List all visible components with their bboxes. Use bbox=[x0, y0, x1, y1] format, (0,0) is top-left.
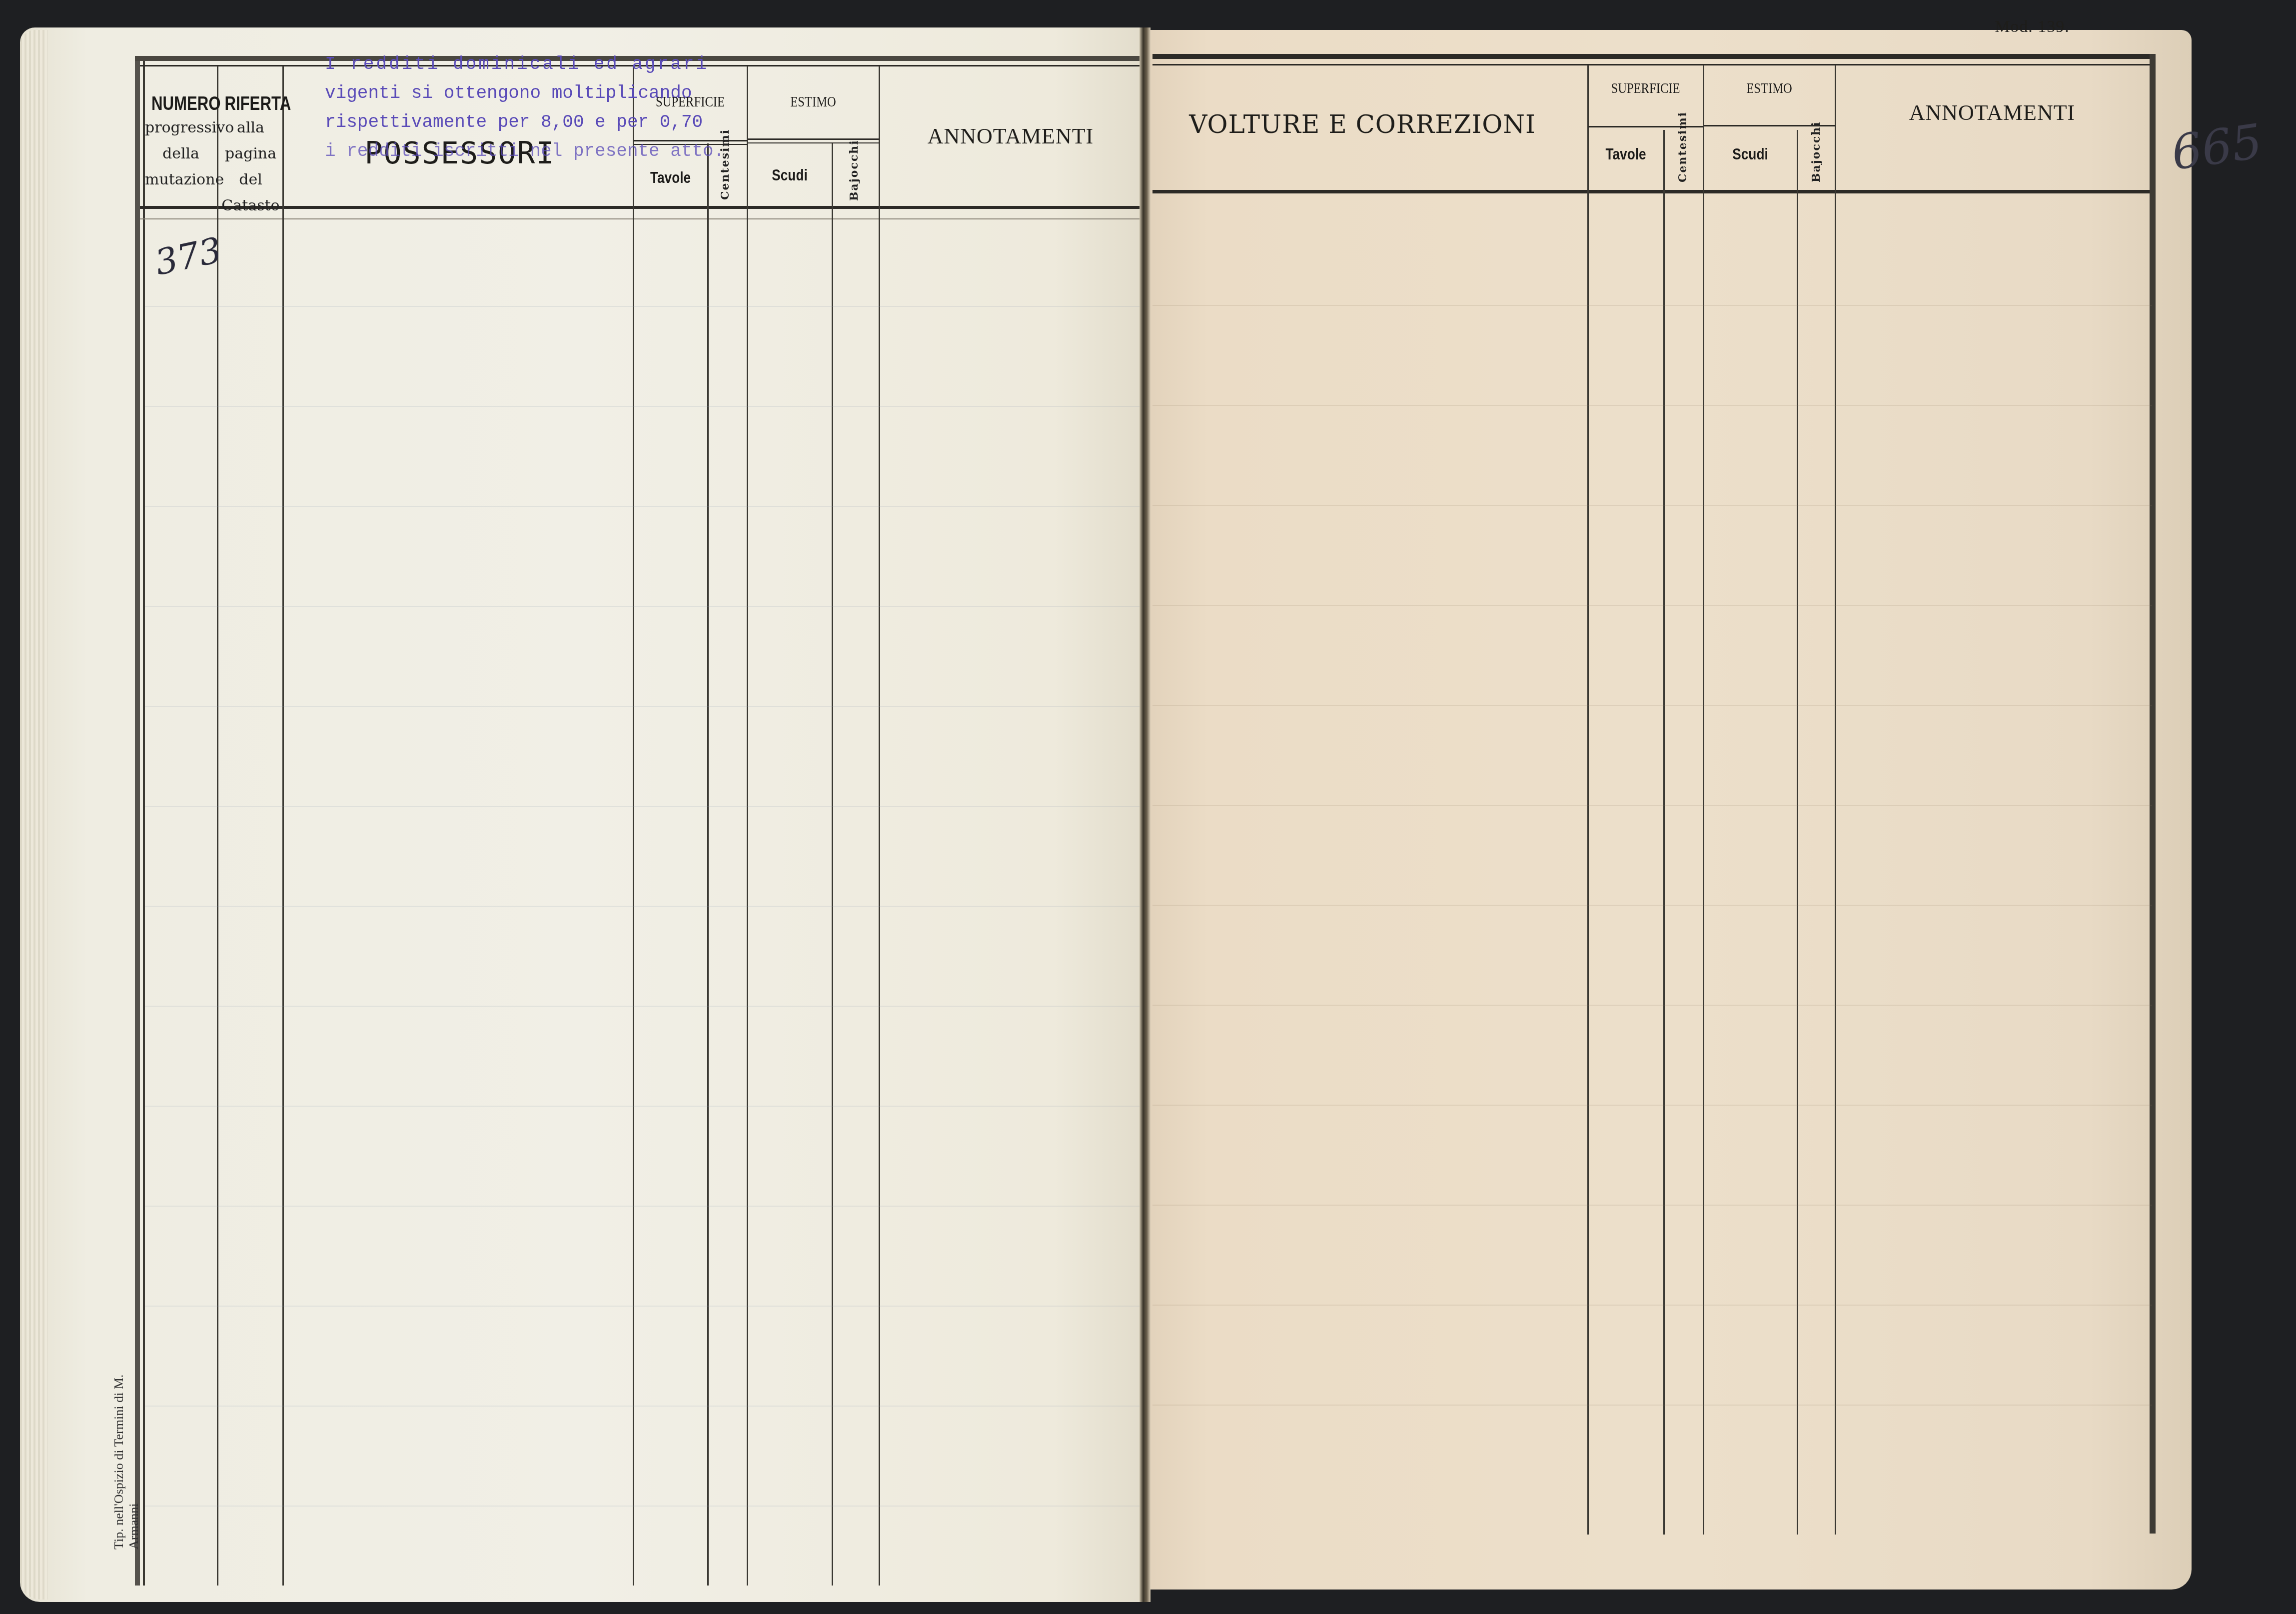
col-line bbox=[217, 66, 218, 1586]
header-annotamenti-right: ANNOTAMENTI bbox=[1837, 100, 2147, 125]
col-line bbox=[1663, 130, 1665, 1535]
ledger-rule bbox=[145, 1506, 1140, 1507]
ledger-rule bbox=[1152, 305, 2152, 306]
ledger-rule bbox=[1152, 1005, 2152, 1006]
riferta-sub-3: Catasto bbox=[219, 193, 282, 219]
form-code: Mod. 139. bbox=[1967, 17, 2097, 36]
ledger-rule bbox=[145, 1206, 1140, 1207]
numero-sub-3: mutazione bbox=[145, 167, 217, 193]
header-bajocchi: Bajocchi bbox=[848, 151, 861, 201]
ledger-rule bbox=[1152, 1405, 2152, 1406]
ledger-rule bbox=[1152, 405, 2152, 406]
numero-sub-1: progressivo bbox=[145, 115, 217, 141]
stamp-line-4: i redditi iscritti nel presente atto. bbox=[325, 137, 635, 166]
ledger-rule bbox=[145, 506, 1140, 507]
ledger-rule bbox=[145, 1306, 1140, 1307]
ledger-rule bbox=[145, 706, 1140, 707]
header-annotamenti-left: ANNOTAMENTI bbox=[881, 123, 1141, 149]
header-centesimi: Centesimi bbox=[719, 150, 732, 200]
header-estimo: ESTIMO bbox=[760, 93, 867, 110]
book-gutter bbox=[1140, 27, 1150, 1602]
entry-number: 373 bbox=[151, 229, 225, 283]
printer-imprint: Tip. nell'Ospizio di Termini di M. Arman… bbox=[111, 1350, 141, 1550]
stamp-line-1: I redditi dominicali ed agrari bbox=[325, 50, 635, 79]
header-estimo-right: ESTIMO bbox=[1716, 80, 1823, 97]
col-line bbox=[879, 66, 880, 1586]
ledger-rule bbox=[1152, 605, 2152, 606]
col-line bbox=[1797, 130, 1798, 1535]
ledger-rule bbox=[145, 806, 1140, 807]
handwritten-page-number: 665 bbox=[2168, 114, 2266, 181]
ledger-rule bbox=[145, 1406, 1140, 1407]
left-register-table: NUMERO progressivo della mutazione RIFER… bbox=[135, 56, 1140, 1586]
tax-multiplier-stamp: I redditi dominicali ed agrari vigenti s… bbox=[325, 50, 635, 166]
header-volture-correzioni: VOLTURE E CORREZIONI bbox=[1162, 110, 1562, 139]
left-page-edges bbox=[20, 30, 47, 1600]
col-line bbox=[1587, 65, 1589, 1535]
header-scudi: Scudi bbox=[755, 166, 824, 184]
ledger-rule bbox=[145, 406, 1140, 407]
right-top-border bbox=[1152, 54, 2155, 59]
header-riferta: RIFERTA alla pagina del Catasto bbox=[219, 93, 282, 219]
col-line bbox=[832, 143, 833, 1586]
left-header-bottom-rule-2 bbox=[140, 218, 1140, 219]
right-frame-border bbox=[2150, 54, 2156, 1534]
ledger-rule bbox=[145, 1106, 1140, 1107]
ledger-rule bbox=[145, 906, 1140, 907]
riferta-sub-1: alla pagina bbox=[219, 115, 282, 167]
numero-sub-2: della bbox=[145, 141, 217, 167]
ledger-rule bbox=[145, 1006, 1140, 1007]
ledger-rule bbox=[1152, 505, 2152, 506]
col-line bbox=[707, 143, 709, 1586]
ledger-rule bbox=[145, 606, 1140, 607]
left-frame-inner-line bbox=[143, 56, 145, 1586]
header-tavole: Tavole bbox=[640, 168, 701, 187]
ledger-rule bbox=[1152, 1105, 2152, 1106]
col-line bbox=[633, 66, 634, 1586]
ledger-rule bbox=[145, 306, 1140, 307]
right-header-bottom-rule bbox=[1152, 190, 2152, 193]
header-numero: NUMERO progressivo della mutazione bbox=[145, 93, 217, 193]
ledger-rule bbox=[1152, 1305, 2152, 1306]
stamp-line-3: rispettivamente per 8,00 e per 0,70 bbox=[325, 108, 635, 137]
header-tavole-right: Tavole bbox=[1595, 145, 1657, 163]
col-line bbox=[282, 66, 284, 1586]
col-line bbox=[747, 66, 748, 1586]
ledger-rule bbox=[1152, 705, 2152, 706]
right-register-table: Mod. 139. VOLTURE E CORREZIONI SUPERFICI… bbox=[1152, 30, 2160, 1535]
col-line bbox=[1703, 65, 1704, 1535]
ledger-rule bbox=[1152, 905, 2152, 906]
ledger-rule bbox=[1152, 1205, 2152, 1206]
header-scudi-right: Scudi bbox=[1712, 145, 1789, 163]
riferta-title: RIFERTA bbox=[224, 93, 276, 115]
numero-title: NUMERO bbox=[151, 93, 210, 115]
left-header-bottom-rule bbox=[140, 206, 1140, 209]
right-top-border-inner bbox=[1152, 64, 2152, 65]
ledger-rule bbox=[1152, 805, 2152, 806]
col-line bbox=[1835, 65, 1836, 1535]
header-superficie: SUPERFICIE bbox=[644, 93, 736, 110]
header-superficie-right: SUPERFICIE bbox=[1599, 80, 1693, 97]
riferta-sub-2: del bbox=[219, 167, 282, 193]
header-bajocchi-right: Bajocchi bbox=[1810, 132, 1823, 182]
header-centesimi-right: Centesimi bbox=[1676, 132, 1689, 182]
stamp-line-2: vigenti si ottengono moltiplicando bbox=[325, 79, 635, 108]
